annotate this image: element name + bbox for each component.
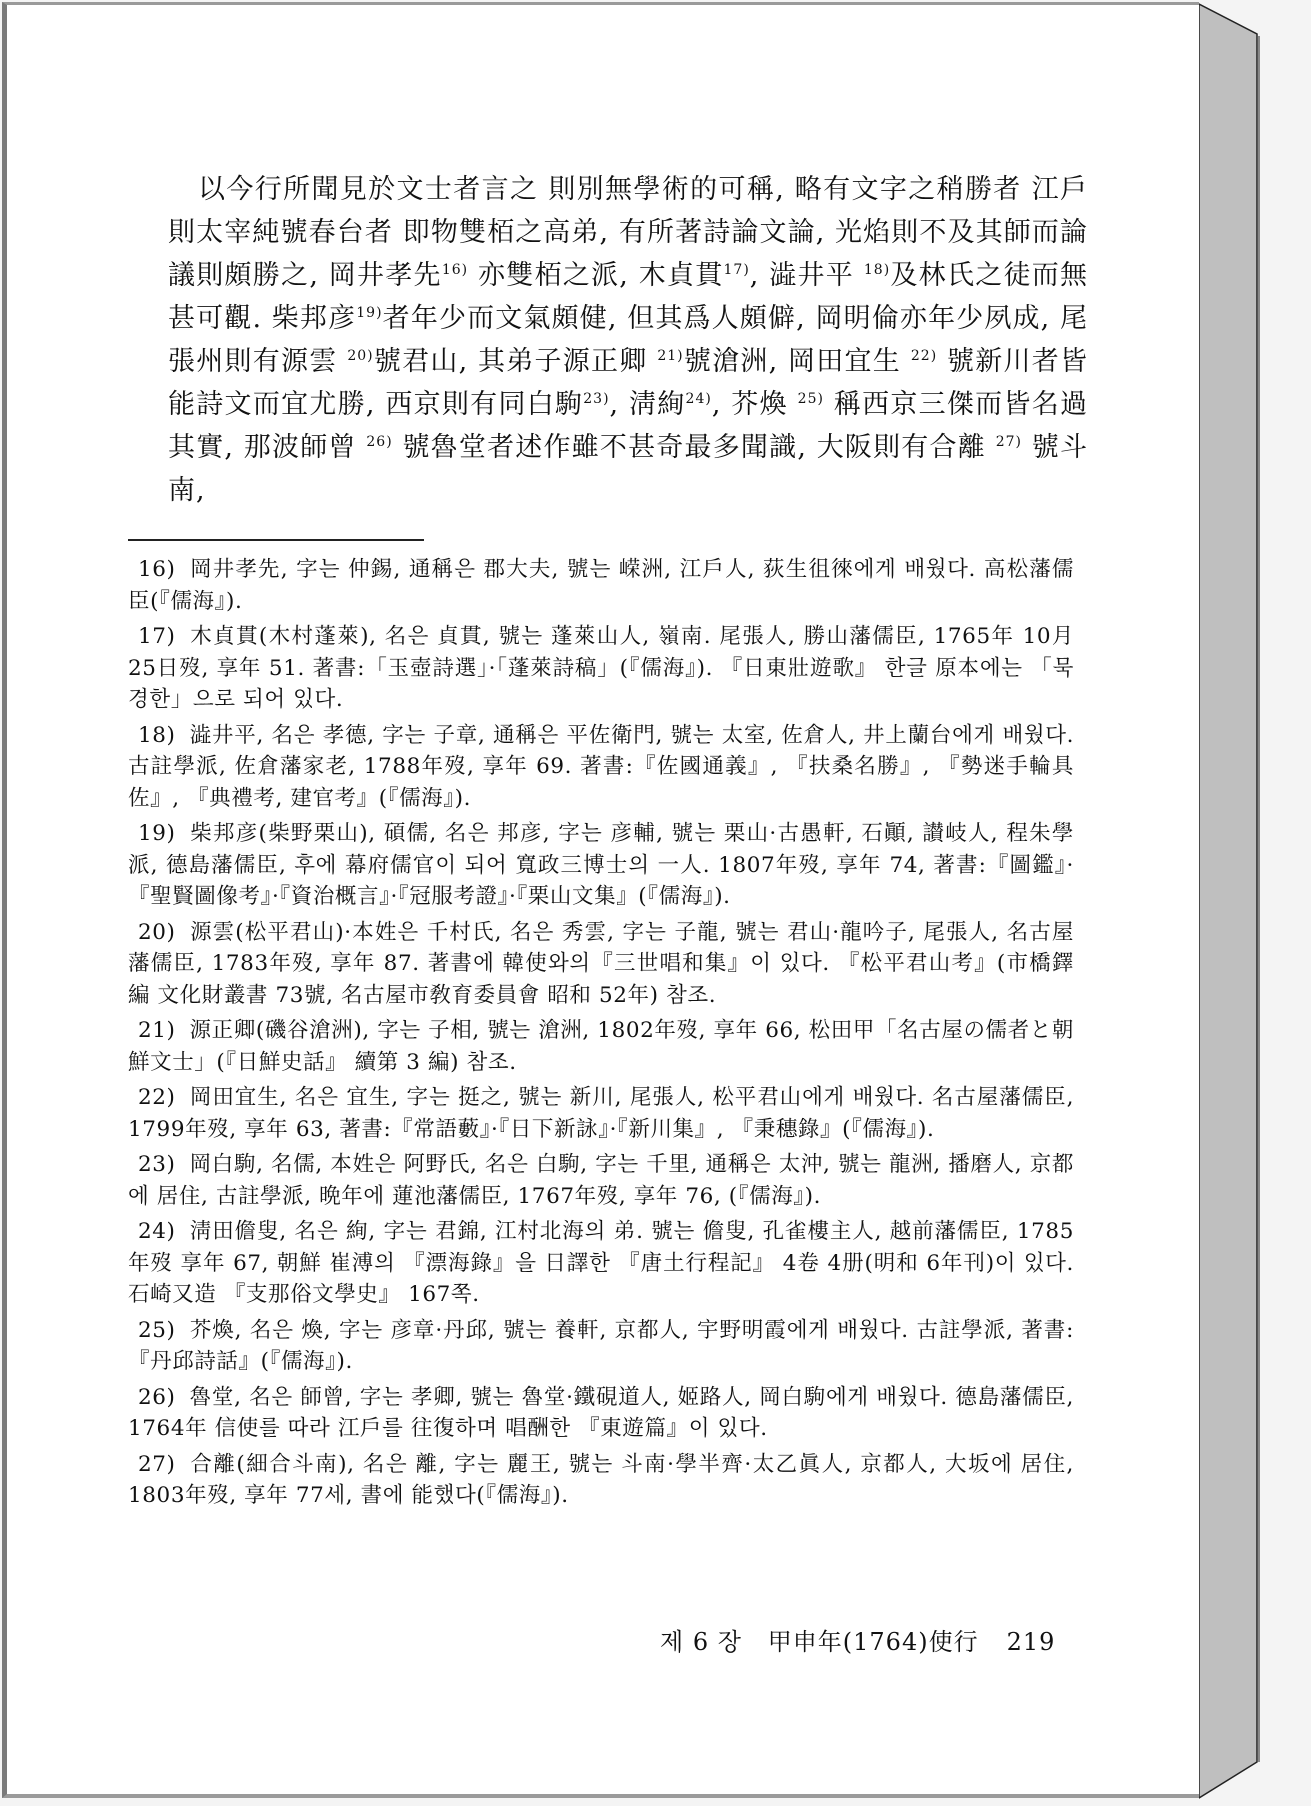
footnote-text: 柴邦彦(柴野栗山), 碩儒, 名은 邦彦, 字는 彦輔, 號는 栗山·古愚軒, … [128,821,1074,909]
footnote-ref-25[interactable]: 25) [798,391,824,407]
footnote-number: 18) [138,720,176,752]
footnote-number: 24) [138,1216,176,1248]
footnote-number: 23) [138,1149,176,1181]
footnote-text: 源正卿(磯谷滄洲), 字는 子相, 號는 滄洲, 1802年歿, 享年 66, … [128,1018,1074,1075]
footnote-separator [128,539,424,541]
body-text-run: 號魯堂者述作雖不甚奇最多聞識, 大阪則有合離 [393,432,996,463]
footnote-22: 22)岡田宜生, 名은 宜生, 字는 挺之, 號는 新川, 尾張人, 松平君山에… [128,1082,1074,1145]
footnote-number: 26) [138,1382,176,1414]
body-text-run: , 淸絢 [610,389,686,420]
footnote-23: 23)岡白駒, 名儒, 本姓은 阿野氏, 名은 白駒, 字는 千里, 通稱은 太… [128,1149,1074,1212]
footnote-ref-16[interactable]: 16) [442,262,468,278]
footnote-number: 25) [138,1315,176,1347]
footnote-ref-20[interactable]: 20) [347,348,373,364]
footnote-25: 25)芥煥, 名은 煥, 字는 彦章·丹邱, 號는 養軒, 京都人, 宇野明霞에… [128,1315,1074,1378]
page-number: 219 [1007,1628,1056,1656]
footnote-text: 岡白駒, 名儒, 本姓은 阿野氏, 名은 白駒, 字는 千里, 通稱은 太沖, … [128,1152,1074,1209]
footnote-number: 19) [138,818,176,850]
footnote-26: 26)魯堂, 名은 師曾, 字는 孝卿, 號는 魯堂·鐵硯道人, 姬路人, 岡白… [128,1382,1074,1445]
body-text-run: , 澁井平 [750,260,864,291]
body-text-run: 亦雙栢之派, 木貞貫 [468,260,723,291]
footnote-17: 17)木貞貫(木村蓬萊), 名은 貞貫, 號는 蓬萊山人, 嶺南. 尾張人, 勝… [128,621,1074,716]
body-text-run: 號君山, 其弟子源正卿 [374,346,658,377]
footnote-ref-23[interactable]: 23) [583,391,609,407]
footnote-ref-26[interactable]: 26) [366,434,392,450]
footnote-ref-24[interactable]: 24) [686,391,712,407]
footnote-20: 20)源雲(松平君山)·本姓은 千村氏, 名은 秀雲, 字는 子龍, 號는 君山… [128,917,1074,1012]
footnote-number: 20) [138,917,176,949]
footnote-number: 16) [138,554,176,586]
footnote-ref-22[interactable]: 22) [911,348,937,364]
body-text-run: 號滄洲, 岡田宜生 [684,346,911,377]
body-text-run: , 芥煥 [712,389,798,420]
footnote-27: 27)合離(細合斗南), 名은 離, 字는 麗王, 號는 斗南·學半齊·太乙眞人… [128,1449,1074,1512]
footnotes: 16)岡井孝先, 字는 仲錫, 通稱은 郡大夫, 號는 嵘洲, 江戶人, 荻生徂… [128,554,1074,1516]
footnote-text: 岡田宜生, 名은 宜生, 字는 挺之, 號는 新川, 尾張人, 松平君山에게 배… [128,1085,1074,1142]
footnote-text: 澁井平, 名은 孝德, 字는 子章, 通稱은 平佐衛門, 號는 太室, 佐倉人,… [128,723,1074,811]
footnote-number: 22) [138,1082,176,1114]
footnote-text: 淸田儋叟, 名은 絢, 字는 君錦, 江村北海의 弟. 號는 儋叟, 孔雀樓主人… [128,1219,1074,1307]
footnote-ref-27[interactable]: 27) [996,434,1022,450]
footnote-text: 岡井孝先, 字는 仲錫, 通稱은 郡大夫, 號는 嵘洲, 江戶人, 荻生徂徠에게… [128,557,1074,614]
footnote-text: 芥煥, 名은 煥, 字는 彦章·丹邱, 號는 養軒, 京都人, 宇野明霞에게 배… [128,1318,1074,1375]
footnote-24: 24)淸田儋叟, 名은 絢, 字는 君錦, 江村北海의 弟. 號는 儋叟, 孔雀… [128,1216,1074,1311]
footnote-text: 木貞貫(木村蓬萊), 名은 貞貫, 號는 蓬萊山人, 嶺南. 尾張人, 勝山藩儒… [128,624,1074,712]
footnote-19: 19)柴邦彦(柴野栗山), 碩儒, 名은 邦彦, 字는 彦輔, 號는 栗山·古愚… [128,818,1074,913]
footnote-ref-18[interactable]: 18) [864,262,890,278]
footnote-18: 18)澁井平, 名은 孝德, 字는 子章, 通稱은 平佐衛門, 號는 太室, 佐… [128,720,1074,815]
footnote-text: 合離(細合斗南), 名은 離, 字는 麗王, 號는 斗南·學半齊·太乙眞人, 京… [128,1452,1074,1509]
footnote-number: 27) [138,1449,176,1481]
footnote-text: 魯堂, 名은 師曾, 字는 孝卿, 號는 魯堂·鐵硯道人, 姬路人, 岡白駒에게… [128,1385,1074,1442]
page-edge-shape [1199,2,1261,1800]
footnote-21: 21)源正卿(磯谷滄洲), 字는 子相, 號는 滄洲, 1802年歿, 享年 6… [128,1015,1074,1078]
running-footer: 제 6 장 甲申年(1764)使行219 [660,1622,1055,1657]
main-body-text: 以今行所聞見於文士者言之 則別無學術的可稱, 略有文字之稍勝者 江戶則太宰純號春… [168,168,1088,512]
footnote-text: 源雲(松平君山)·本姓은 千村氏, 名은 秀雲, 字는 子龍, 號는 君山·龍吟… [128,920,1074,1008]
chapter-title: 제 6 장 甲申年(1764)使行 [660,1628,979,1656]
footnote-number: 21) [138,1015,176,1047]
footnote-number: 17) [138,621,176,653]
footnote-ref-17[interactable]: 17) [724,262,750,278]
footnote-ref-21[interactable]: 21) [657,348,683,364]
footnote-ref-19[interactable]: 19) [356,305,382,321]
page-edge-spine [1199,2,1261,1800]
footnote-16: 16)岡井孝先, 字는 仲錫, 通稱은 郡大夫, 號는 嵘洲, 江戶人, 荻生徂… [128,554,1074,617]
body-paragraph: 以今行所聞見於文士者言之 則別無學術的可稱, 略有文字之稍勝者 江戶則太宰純號春… [168,168,1088,512]
